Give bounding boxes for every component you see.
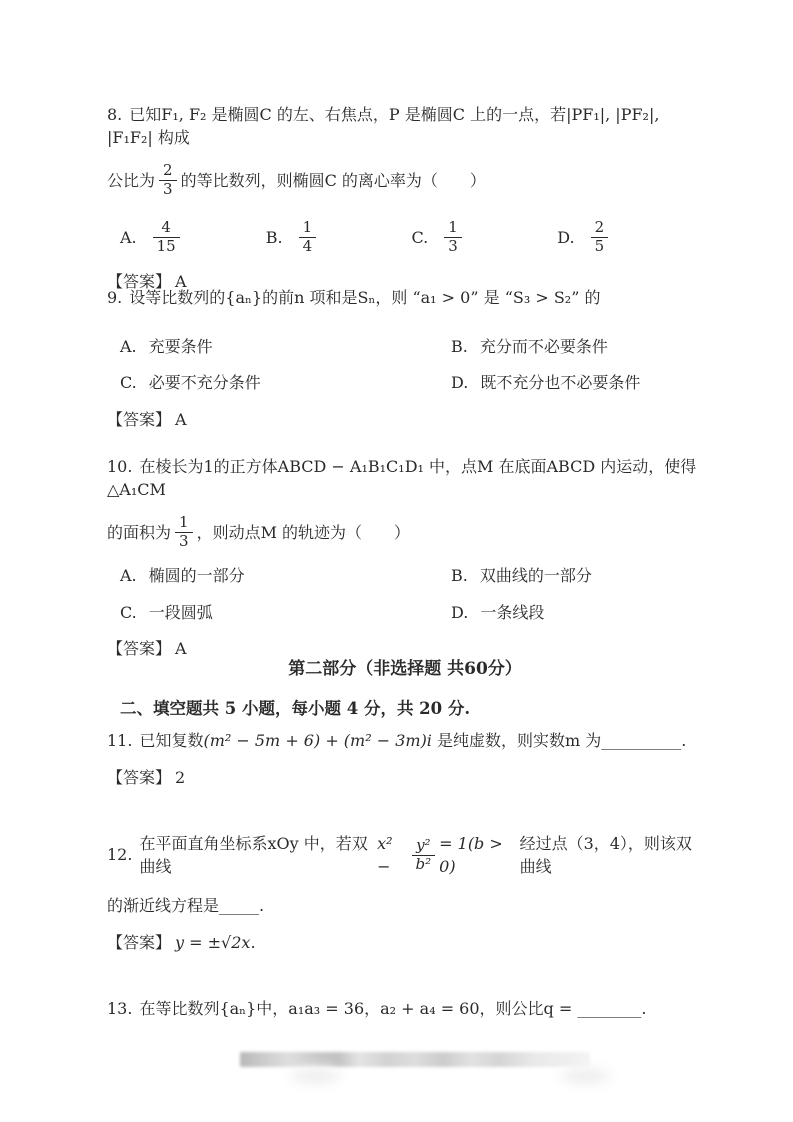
question-10-line2-prefix: 的面积为 [107, 521, 171, 544]
option-b: B. 双曲线的一部分 [451, 564, 592, 587]
answer-value: A [175, 639, 187, 658]
fraction: y² b² [412, 837, 436, 873]
question-8-line2-prefix: 公比为 [107, 169, 155, 192]
option-d-text: 既不充分也不必要条件 [480, 371, 640, 394]
question-8: 8.已知F₁, F₂ 是椭圆C 的左、右焦点，P 是椭圆C 上的一点，若|PF₁… [107, 103, 703, 294]
fraction: 1 3 [175, 514, 193, 550]
question-10-line2: 的面积为 1 3 ，则动点M 的轨迹为（ ） [107, 508, 703, 556]
question-10-options-row1: A. 椭圆的一部分 B. 双曲线的一部分 [107, 564, 703, 587]
question-8-number: 8. [107, 105, 122, 124]
option-d: D. 2 5 [557, 219, 703, 255]
option-a: A. 椭圆的一部分 [120, 564, 451, 587]
question-10: 10.在棱长为1的正方体ABCD − A₁B₁C₁D₁ 中，点M 在底面ABCD… [107, 455, 703, 660]
fraction: 2 5 [591, 219, 609, 255]
question-9-number: 9. [107, 288, 122, 307]
option-d-label: D. [451, 371, 468, 394]
option-a-text: 充要条件 [149, 335, 213, 358]
option-c: C. 1 3 [412, 219, 558, 255]
fraction-numerator: 2 [159, 162, 177, 180]
fraction-denominator: 3 [444, 237, 462, 256]
question-9-options-row1: A. 充要条件 B. 充分而不必要条件 [107, 335, 703, 358]
option-a-label: A. [120, 226, 137, 249]
option-d: D. 一条线段 [451, 601, 544, 624]
option-b-label: B. [266, 226, 283, 249]
question-11-prefix: 已知复数 [139, 731, 203, 750]
fraction-denominator: 3 [175, 532, 193, 551]
option-b-label: B. [451, 335, 468, 358]
fraction-numerator: 1 [299, 219, 317, 237]
option-a-text: 椭圆的一部分 [149, 564, 245, 587]
question-8-text: 已知F₁, F₂ 是椭圆C 的左、右焦点，P 是椭圆C 上的一点，若|PF₁|,… [107, 105, 659, 147]
question-11-line: 11.已知复数(m² − 5m + 6) + (m² − 3m)i 是纯虚数，则… [107, 729, 703, 752]
fraction: 2 3 [159, 162, 177, 198]
option-b-label: B. [451, 564, 468, 587]
question-12-formula-lhs: x² − [377, 832, 407, 878]
fraction-denominator: b² [412, 855, 436, 874]
section-subtitle: 二、填空题共 5 小题，每小题 4 分，共 20 分. [120, 697, 703, 721]
question-10-number: 10. [107, 457, 132, 476]
fraction: 1 4 [299, 219, 317, 255]
question-9-line1: 9.设等比数列的{aₙ}的前n 项和是Sₙ，则 “a₁ > 0” 是 “S₃ >… [107, 286, 703, 309]
question-13-line: 13.在等比数列{aₙ}中，a₁a₃ = 36，a₂ + a₄ = 60，则公比… [107, 997, 703, 1020]
question-9: 9.设等比数列的{aₙ}的前n 项和是Sₙ，则 “a₁ > 0” 是 “S₃ >… [107, 286, 703, 431]
section-2-header: 第二部分（非选择题 共60分） 二、填空题共 5 小题，每小题 4 分，共 20… [107, 657, 703, 721]
answer-label: 【答案】 [107, 768, 171, 787]
option-c: C. 一段圆弧 [120, 601, 451, 624]
option-c-label: C. [120, 601, 137, 624]
option-d-label: D. [557, 226, 574, 249]
question-13-text: 在等比数列{aₙ}中，a₁a₃ = 36，a₂ + a₄ = 60，则公比q =… [139, 999, 646, 1018]
question-11-suffix: 是纯虚数，则实数m 为__________. [437, 731, 686, 750]
question-10-options-row2: C. 一段圆弧 D. 一条线段 [107, 601, 703, 624]
question-13: 13.在等比数列{aₙ}中，a₁a₃ = 36，a₂ + a₄ = 60，则公比… [107, 997, 703, 1020]
option-b-text: 双曲线的一部分 [480, 564, 592, 587]
option-c-label: C. [120, 371, 137, 394]
blur-artifact [558, 1066, 613, 1086]
option-a-label: A. [120, 564, 137, 587]
question-9-text: 设等比数列的{aₙ}的前n 项和是Sₙ，则 “a₁ > 0” 是 “S₃ > S… [129, 288, 600, 307]
question-11-number: 11. [107, 731, 132, 750]
blurred-watermark [240, 1052, 590, 1067]
question-13-number: 13. [107, 999, 132, 1018]
fraction-denominator: 15 [153, 237, 180, 256]
answer-line: 【答案】A [107, 408, 703, 431]
answer-label: 【答案】 [107, 639, 171, 658]
option-c-text: 必要不充分条件 [149, 371, 261, 394]
option-b: B. 充分而不必要条件 [451, 335, 608, 358]
fraction-denominator: 3 [159, 180, 177, 199]
fraction-denominator: 4 [299, 237, 317, 256]
question-12-line1: 12. 在平面直角坐标系xOy 中，若双曲线 x² − y² b² = 1(b … [107, 826, 703, 884]
option-d-text: 一条线段 [480, 601, 544, 624]
section-title: 第二部分（非选择题 共60分） [107, 657, 703, 682]
answer-value: y = ±√2x. [175, 933, 256, 952]
option-b: B. 1 4 [266, 219, 412, 255]
answer-value: A [175, 410, 187, 429]
answer-value: 2 [175, 768, 185, 787]
fraction: 4 15 [153, 219, 180, 255]
option-a: A. 充要条件 [120, 335, 451, 358]
question-10-line2-suffix: ，则动点M 的轨迹为（ ） [197, 521, 410, 544]
question-10-text: 在棱长为1的正方体ABCD − A₁B₁C₁D₁ 中，点M 在底面ABCD 内运… [107, 457, 696, 499]
option-c: C. 必要不充分条件 [120, 371, 451, 394]
option-d-label: D. [451, 601, 468, 624]
fraction-numerator: 4 [153, 219, 180, 237]
question-12: 12. 在平面直角坐标系xOy 中，若双曲线 x² − y² b² = 1(b … [107, 826, 703, 954]
question-12-suffix: 经过点（3，4），则该双曲线 [520, 832, 703, 878]
fraction-denominator: 5 [591, 237, 609, 256]
option-c-text: 一段圆弧 [149, 601, 213, 624]
question-11: 11.已知复数(m² − 5m + 6) + (m² − 3m)i 是纯虚数，则… [107, 729, 703, 789]
question-9-options-row2: C. 必要不充分条件 D. 既不充分也不必要条件 [107, 371, 703, 394]
option-a: A. 4 15 [120, 219, 266, 255]
blur-artifact [288, 1066, 343, 1086]
fraction: 1 3 [444, 219, 462, 255]
answer-line: 【答案】2 [107, 766, 703, 789]
fraction-numerator: 2 [591, 219, 609, 237]
question-12-formula-rhs: = 1(b > 0) [439, 832, 515, 878]
question-8-line2: 公比为 2 3 的等比数列，则椭圆C 的离心率为（ ） [107, 156, 703, 204]
answer-label: 【答案】 [107, 410, 171, 429]
fraction-numerator: 1 [444, 219, 462, 237]
question-8-line1: 8.已知F₁, F₂ 是椭圆C 的左、右焦点，P 是椭圆C 上的一点，若|PF₁… [107, 103, 703, 149]
fraction-numerator: y² [412, 837, 436, 855]
question-8-options: A. 4 15 B. 1 4 C. 1 3 D. 2 5 [107, 213, 703, 261]
answer-line: 【答案】y = ±√2x. [107, 931, 703, 954]
question-12-line2: 的渐近线方程是_____. [107, 894, 703, 917]
answer-label: 【答案】 [107, 933, 171, 952]
question-8-line2-suffix: 的等比数列，则椭圆C 的离心率为（ ） [181, 169, 486, 192]
question-10-line1: 10.在棱长为1的正方体ABCD − A₁B₁C₁D₁ 中，点M 在底面ABCD… [107, 455, 703, 501]
option-d: D. 既不充分也不必要条件 [451, 371, 640, 394]
option-a-label: A. [120, 335, 137, 358]
question-12-number: 12. [107, 843, 132, 866]
fraction-numerator: 1 [175, 514, 193, 532]
question-12-prefix: 在平面直角坐标系xOy 中，若双曲线 [139, 832, 373, 878]
option-c-label: C. [412, 226, 429, 249]
question-11-formula: (m² − 5m + 6) + (m² − 3m)i [203, 731, 431, 750]
option-b-text: 充分而不必要条件 [480, 335, 608, 358]
exam-page: { "q8": { "number": "8.", "line1": "已知F₁… [0, 0, 793, 1122]
